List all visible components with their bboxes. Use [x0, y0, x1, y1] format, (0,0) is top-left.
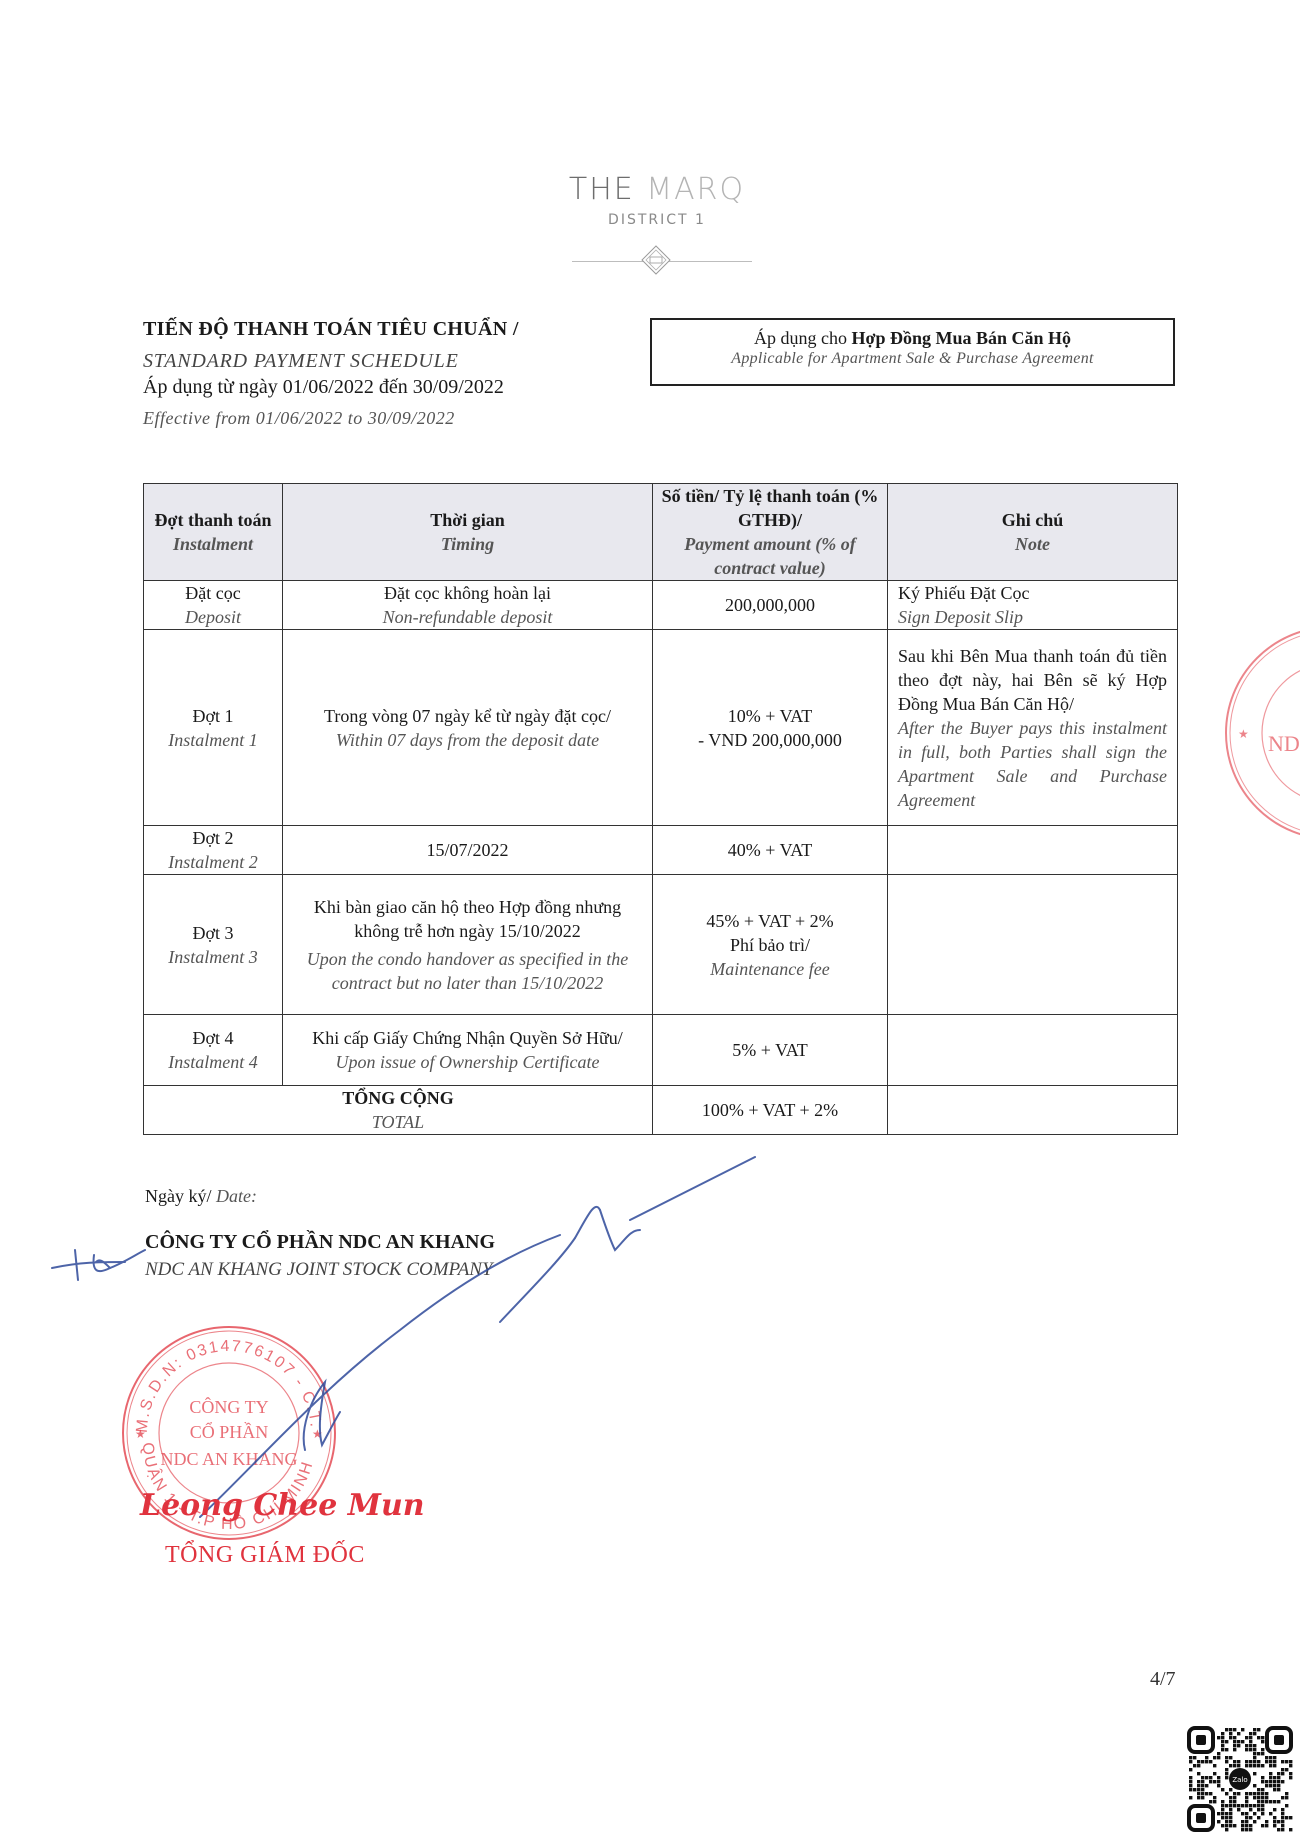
header-timing: Thời gianTiming — [283, 484, 653, 581]
header-text-en: Note — [894, 532, 1171, 556]
logo-title: THE MARQ — [520, 172, 794, 207]
cell-text-en: Maintenance fee — [659, 957, 881, 981]
cell-note — [888, 1015, 1178, 1086]
cell-text-en: Within 07 days from the deposit date — [289, 728, 646, 752]
signer-title: TỔNG GIÁM ĐỐC — [165, 1542, 365, 1569]
cell-text-en: Upon issue of Ownership Certificate — [336, 1052, 600, 1072]
cell-note: Sau khi Bên Mua thanh toán đủ tiền theo … — [888, 630, 1178, 826]
logo-diamond-icon — [641, 245, 671, 275]
cell-text-2: Phí bảo trì/ — [659, 933, 881, 957]
company-name-en: NDC AN KHANG JOINT STOCK COMPANY — [145, 1259, 493, 1281]
cell-text: 5% + VAT — [659, 1038, 881, 1062]
total-amount: 100% + VAT + 2% — [659, 1098, 881, 1122]
cell-text: 15/07/2022 — [289, 838, 646, 862]
cell-text-2: - VND 200,000,000 — [659, 728, 881, 752]
signer-name: Leong Chee Mun — [140, 1488, 425, 1523]
table-row: Đợt 1Instalment 1 Trong vòng 07 ngày kể … — [144, 630, 1178, 826]
cell-text: 40% + VAT — [659, 838, 881, 862]
stamp-line-3: NDC AN KHANG — [160, 1449, 297, 1469]
cell-text: Ký Phiếu Đặt Cọc — [898, 581, 1167, 605]
cell-timing: Trong vòng 07 ngày kể từ ngày đặt cọc/Wi… — [283, 630, 653, 826]
logo-title-light: MARQ — [646, 172, 745, 207]
header-text: Ghi chú — [894, 508, 1171, 532]
company-name: CÔNG TY CỔ PHẦN NDC AN KHANG — [145, 1231, 495, 1254]
header-text: Đợt thanh toán — [150, 508, 276, 532]
cell-text-en: Instalment 2 — [150, 850, 276, 874]
signature-date: Ngày ký/ Date: — [145, 1186, 257, 1207]
stamp-star-icon: ★ — [1238, 727, 1249, 741]
table-row: Đợt 3Instalment 3 Khi bàn giao căn hộ th… — [144, 875, 1178, 1015]
effective-date-en: Effective from 01/06/2022 to 30/09/2022 — [143, 408, 455, 429]
cell-text: Đặt cọc — [150, 581, 276, 605]
stamp-star-icon: ★ — [135, 1427, 146, 1441]
qr-code-icon: Zalo — [1186, 1725, 1294, 1833]
cell-text: Khi bàn giao căn hộ theo Hợp đồng nhưng … — [305, 895, 630, 943]
header-text-en: Timing — [289, 532, 646, 556]
cell-text-en: Sign Deposit Slip — [898, 605, 1167, 629]
cell-text: Khi cấp Giấy Chứng Nhận Quyền Sở Hữu/ — [312, 1028, 623, 1048]
stamp-line-2: CỔ PHẦN — [190, 1421, 269, 1442]
cell-text-en: Upon the condo handover as specified in … — [305, 947, 630, 995]
cell-instalment: Đợt 1Instalment 1 — [144, 630, 283, 826]
cell-text: Sau khi Bên Mua thanh toán đủ tiền theo … — [898, 644, 1167, 716]
cell-text: 10% + VAT — [659, 704, 881, 728]
cell-text-en: Non-refundable deposit — [289, 605, 646, 629]
company-stamp-partial: NDC ★ — [1222, 623, 1300, 843]
cell-text: Trong vòng 07 ngày kể từ ngày đặt cọc/ — [289, 704, 646, 728]
table-row: Đợt 2Instalment 2 15/07/2022 40% + VAT — [144, 826, 1178, 875]
cell-timing: Đặt cọc không hoàn lạiNon-refundable dep… — [283, 581, 653, 630]
cell-text-en: Instalment 4 — [150, 1050, 276, 1074]
stamp-line-1: CÔNG TY — [189, 1396, 268, 1417]
cell-text: Đợt 4 — [150, 1026, 276, 1050]
header-text-en: Payment amount (% of contract value) — [659, 532, 881, 580]
total-label-en: TOTAL — [150, 1110, 646, 1134]
header-text: Thời gian — [289, 508, 646, 532]
applicable-en: Applicable for Apartment Sale & Purchase… — [652, 350, 1173, 368]
cell-amount: 5% + VAT — [653, 1015, 888, 1086]
header-text: Số tiền/ Tỷ lệ thanh toán (% GTHĐ)/ — [659, 484, 881, 532]
cell-text: Đợt 2 — [150, 826, 276, 850]
effective-date: Áp dụng từ ngày 01/06/2022 đến 30/09/202… — [143, 376, 504, 399]
header-instalment: Đợt thanh toánInstalment — [144, 484, 283, 581]
cell-text-en: After the Buyer pays this instalment in … — [898, 716, 1167, 812]
cell-text: 45% + VAT + 2% — [659, 909, 881, 933]
cell-total-amount: 100% + VAT + 2% — [653, 1086, 888, 1135]
cell-total-note — [888, 1086, 1178, 1135]
cell-instalment: Đợt 3Instalment 3 — [144, 875, 283, 1015]
cell-text-en: Instalment 1 — [150, 728, 276, 752]
date-label: Ngày ký/ — [145, 1186, 212, 1206]
cell-note: Ký Phiếu Đặt CọcSign Deposit Slip — [888, 581, 1178, 630]
cell-amount: 40% + VAT — [653, 826, 888, 875]
applicable-box: Áp dụng cho Hợp Đồng Mua Bán Căn Hộ Appl… — [650, 318, 1175, 386]
qr-badge: Zalo — [1232, 1776, 1247, 1784]
cell-text: Đợt 1 — [150, 704, 276, 728]
cell-amount: 45% + VAT + 2%Phí bảo trì/Maintenance fe… — [653, 875, 888, 1015]
cell-amount: 10% + VAT- VND 200,000,000 — [653, 630, 888, 826]
page-title-en: STANDARD PAYMENT SCHEDULE — [143, 350, 459, 373]
cell-note — [888, 826, 1178, 875]
cell-text-en: Instalment 3 — [150, 945, 276, 969]
header-text-en: Instalment — [150, 532, 276, 556]
cell-instalment: Đợt 2Instalment 2 — [144, 826, 283, 875]
header-note: Ghi chúNote — [888, 484, 1178, 581]
page-title: TIẾN ĐỘ THANH TOÁN TIÊU CHUẨN / — [143, 318, 519, 341]
logo-title-dark: THE — [569, 172, 646, 207]
logo-subtitle: DISTRICT 1 — [520, 212, 794, 228]
cell-note — [888, 875, 1178, 1015]
table-row: Đặt cọcDeposit Đặt cọc không hoàn lạiNon… — [144, 581, 1178, 630]
applicable-prefix: Áp dụng cho — [754, 328, 852, 348]
applicable-contract-name: Hợp Đồng Mua Bán Căn Hộ — [851, 328, 1071, 348]
payment-schedule-table: Đợt thanh toánInstalment Thời gianTiming… — [143, 483, 1178, 1135]
cell-text: Đặt cọc không hoàn lại — [289, 581, 646, 605]
stamp-partial-text: NDC — [1268, 731, 1300, 756]
cell-timing: Khi bàn giao căn hộ theo Hợp đồng nhưng … — [283, 875, 653, 1015]
cell-timing: Khi cấp Giấy Chứng Nhận Quyền Sở Hữu/ Up… — [283, 1015, 653, 1086]
stamp-star-icon: ★ — [312, 1427, 323, 1441]
applicable-vi: Áp dụng cho Hợp Đồng Mua Bán Căn Hộ — [652, 328, 1173, 349]
cell-text: 200,000,000 — [659, 593, 881, 617]
total-label: TỔNG CỘNG — [150, 1086, 646, 1110]
cell-timing: 15/07/2022 — [283, 826, 653, 875]
table-header-row: Đợt thanh toánInstalment Thời gianTiming… — [144, 484, 1178, 581]
cell-text-en: Deposit — [150, 605, 276, 629]
page-number: 4/7 — [1150, 1668, 1176, 1691]
cell-amount: 200,000,000 — [653, 581, 888, 630]
table-row: Đợt 4Instalment 4 Khi cấp Giấy Chứng Nhậ… — [144, 1015, 1178, 1086]
date-label-en: Date: — [212, 1186, 257, 1206]
cell-instalment: Đặt cọcDeposit — [144, 581, 283, 630]
cell-total-label: TỔNG CỘNGTOTAL — [144, 1086, 653, 1135]
table-total-row: TỔNG CỘNGTOTAL 100% + VAT + 2% — [144, 1086, 1178, 1135]
cell-instalment: Đợt 4Instalment 4 — [144, 1015, 283, 1086]
cell-text: Đợt 3 — [150, 921, 276, 945]
header-amount: Số tiền/ Tỷ lệ thanh toán (% GTHĐ)/Payme… — [653, 484, 888, 581]
